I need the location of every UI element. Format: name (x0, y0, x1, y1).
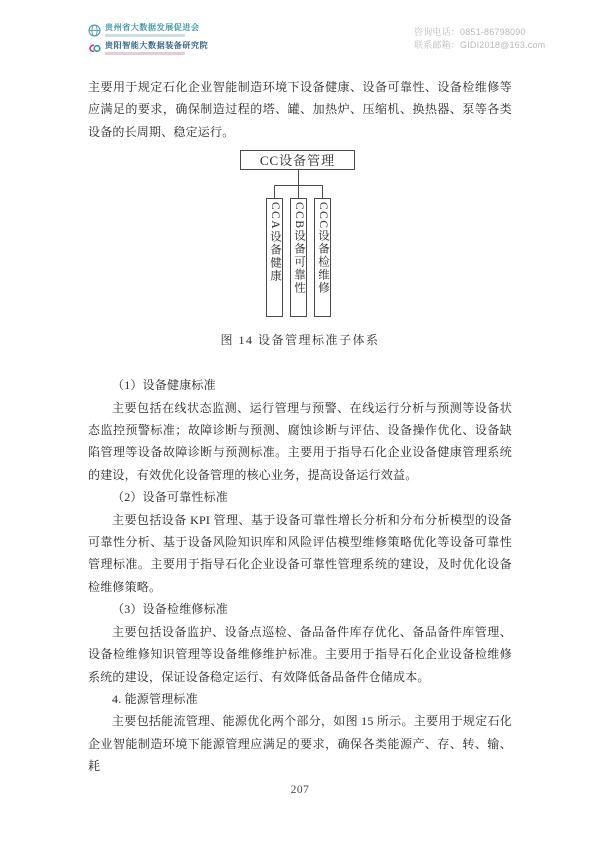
header-contact: 咨询电话：0851-86798090 联系邮箱：GIDI2018@163.com (414, 26, 545, 52)
paragraph-equipment-maintenance: 主要包括设备监护、设备点巡检、备品备件库存优化、备品备件库管理、设备检维修知识管… (88, 621, 512, 688)
paragraph-intro: 主要用于规定石化企业智能制造环境下设备健康、设备可靠性、设备检维修等应满足的要求… (88, 76, 512, 143)
org1-logo: 贵州省大数据发展促进会 (88, 23, 208, 37)
figure-caption: 图 14 设备管理标准子体系 (88, 331, 512, 348)
paragraph-energy-management: 主要包括能流管理、能源优化两个部分，如图 15 所示。主要用于规定石化企业智能制… (88, 710, 512, 777)
figure-node-equipment-maintenance: CCC设备检维修 (314, 198, 331, 317)
heading-energy-management: 4. 能源管理标准 (88, 688, 512, 710)
org2-logo: 贵阳智能大数据装备研究院 (88, 41, 208, 55)
figure-14: CC设备管理 CCA设备健康 CCB设备可靠性 CCC设备检维修 图 14 设备… (88, 150, 512, 348)
heading-equipment-reliability: （2）设备可靠性标准 (88, 486, 512, 508)
page-number: 207 (291, 784, 310, 796)
paragraph-equipment-reliability: 主要包括设备 KPI 管理、基于设备可靠性增长分析和分布分析模型的设备可靠性分析… (88, 509, 512, 599)
header-logos: 贵州省大数据发展促进会 贵阳智能大数据装备研究院 (88, 23, 208, 55)
document-page: 贵州省大数据发展促进会 贵阳智能大数据装备研究院 咨询电话：0851-86798… (0, 0, 600, 848)
contact-phone: 咨询电话：0851-86798090 (414, 26, 545, 39)
figure-connector-lines (88, 150, 512, 198)
org2-title: 贵阳智能大数据装备研究院 (105, 41, 208, 50)
org2-subtitle-line (105, 52, 185, 55)
figure-node-equipment-reliability: CCB设备可靠性 (290, 198, 307, 317)
figure-node-equipment-health: CCA设备健康 (266, 198, 283, 317)
org1-logo-text: 贵州省大数据发展促进会 (105, 23, 200, 37)
org1-subtitle-line (105, 34, 185, 37)
swirl-icon (88, 42, 101, 55)
page-footer: 207 (0, 784, 600, 796)
page-body: 主要用于规定石化企业智能制造环境下设备健康、设备可靠性、设备检维修等应满足的要求… (88, 76, 512, 778)
contact-email: 联系邮箱：GIDI2018@163.com (414, 39, 545, 52)
paragraph-equipment-health: 主要包括在线状态监测、运行管理与预警、在线运行分析与预测等设备状态监控预警标准；… (88, 397, 512, 487)
heading-equipment-health: （1）设备健康标准 (88, 374, 512, 396)
heading-equipment-maintenance: （3）设备检维修标准 (88, 598, 512, 620)
org1-title: 贵州省大数据发展促进会 (105, 23, 200, 32)
globe-icon (88, 24, 101, 37)
org2-logo-text: 贵阳智能大数据装备研究院 (105, 41, 208, 55)
figure-diagram: CC设备管理 CCA设备健康 CCB设备可靠性 CCC设备检维修 (88, 150, 512, 318)
